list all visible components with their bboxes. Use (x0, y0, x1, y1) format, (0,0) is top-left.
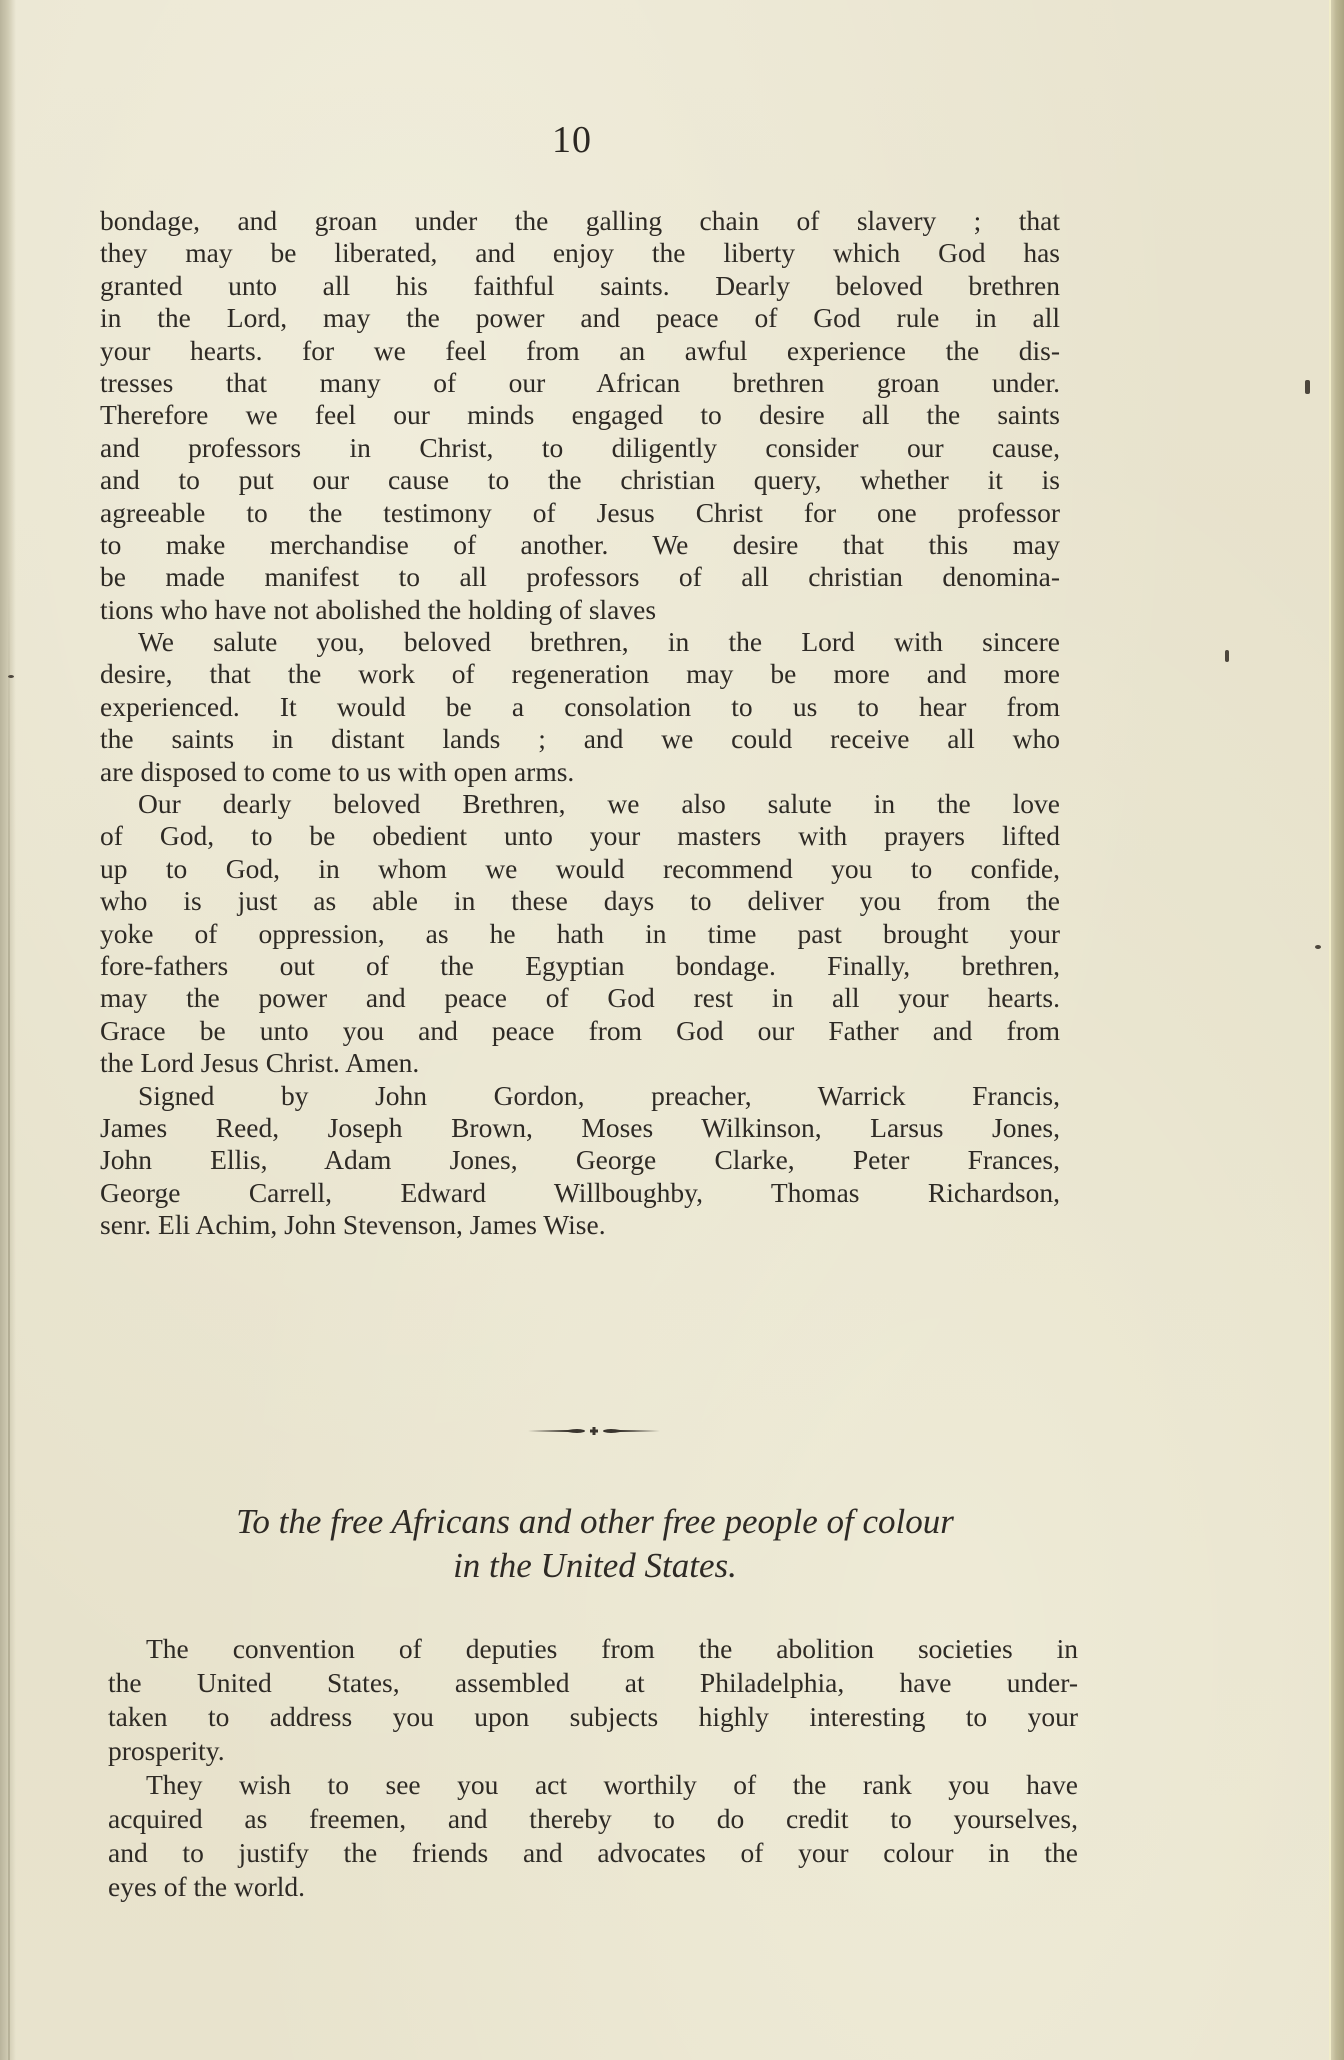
page-right-edge-highlight (1329, 0, 1331, 2060)
text-line: We salute you, beloved brethren, in the … (100, 626, 1060, 658)
heading-line-1: To the free Africans and other free peop… (100, 1500, 1090, 1544)
address-heading: To the free Africans and other free peop… (100, 1500, 1090, 1588)
text-line: and professors in Christ, to diligently … (100, 432, 1060, 464)
text-line: tions who have not abolished the holding… (100, 594, 1060, 626)
signatories-line: John Ellis, Adam Jones, George Clarke, P… (100, 1144, 1060, 1176)
letter-body: bondage, and groan under the galling cha… (100, 205, 1060, 1242)
text-line: eyes of the world. (108, 1870, 1078, 1904)
paper-speck (1315, 945, 1321, 949)
text-line: prosperity. (108, 1734, 1078, 1768)
text-line: to make merchandise of another. We desir… (100, 529, 1060, 561)
text-line: granted unto all his faithful saints. De… (100, 270, 1060, 302)
text-line: fore-fathers out of the Egyptian bondage… (100, 950, 1060, 982)
text-line: of God, to be obedient unto your masters… (100, 820, 1060, 852)
text-line: bondage, and groan under the galling cha… (100, 205, 1060, 237)
text-line: are disposed to come to us with open arm… (100, 756, 1060, 788)
text-line: yoke of oppression, as he hath in time p… (100, 918, 1060, 950)
text-line: the saints in distant lands ; and we cou… (100, 723, 1060, 755)
text-line: who is just as able in these days to del… (100, 885, 1060, 917)
signatories-line: senr. Eli Achim, John Stevenson, James W… (100, 1209, 1060, 1241)
address-body: The convention of deputies from the abol… (108, 1632, 1078, 1904)
text-line: acquired as freemen, and thereby to do c… (108, 1802, 1078, 1836)
signatories-line: Signed by John Gordon, preacher, Warrick… (100, 1080, 1060, 1112)
text-line: in the Lord, may the power and peace of … (100, 302, 1060, 334)
text-line: the Lord Jesus Christ. Amen. (100, 1047, 1060, 1079)
text-line: agreeable to the testimony of Jesus Chri… (100, 497, 1060, 529)
signatories-line: James Reed, Joseph Brown, Moses Wilkinso… (100, 1112, 1060, 1144)
page-left-edge-line (8, 560, 10, 2060)
text-line: your hearts. for we feel from an awful e… (100, 335, 1060, 367)
text-line: taken to address you upon subjects highl… (108, 1700, 1078, 1734)
text-line: They wish to see you act worthily of the… (108, 1768, 1078, 1802)
book-page: 10 bondage, and groan under the galling … (0, 0, 1344, 2060)
text-line: The convention of deputies from the abol… (108, 1632, 1078, 1666)
text-line: desire, that the work of regeneration ma… (100, 658, 1060, 690)
text-line: and to justify the friends and advocates… (108, 1836, 1078, 1870)
text-line: Therefore we feel our minds engaged to d… (100, 399, 1060, 431)
text-line: they may be liberated, and enjoy the lib… (100, 237, 1060, 269)
ornamental-rule-icon (524, 1422, 664, 1440)
paper-speck (8, 675, 14, 678)
signatories-line: George Carrell, Edward Willboughby, Thom… (100, 1177, 1060, 1209)
text-line: the United States, assembled at Philadel… (108, 1666, 1078, 1700)
text-line: Our dearly beloved Brethren, we also sal… (100, 788, 1060, 820)
text-line: and to put our cause to the christian qu… (100, 464, 1060, 496)
text-line: Grace be unto you and peace from God our… (100, 1015, 1060, 1047)
text-line: may the power and peace of God rest in a… (100, 982, 1060, 1014)
page-right-edge (1330, 0, 1344, 2060)
heading-line-2: in the United States. (100, 1544, 1090, 1588)
text-line: be made manifest to all professors of al… (100, 561, 1060, 593)
paper-speck (1225, 650, 1229, 662)
text-line: up to God, in whom we would recommend yo… (100, 853, 1060, 885)
text-line: experienced. It would be a consolation t… (100, 691, 1060, 723)
paper-speck (1305, 380, 1310, 394)
text-line: tresses that many of our African brethre… (100, 367, 1060, 399)
page-number: 10 (0, 118, 1144, 162)
